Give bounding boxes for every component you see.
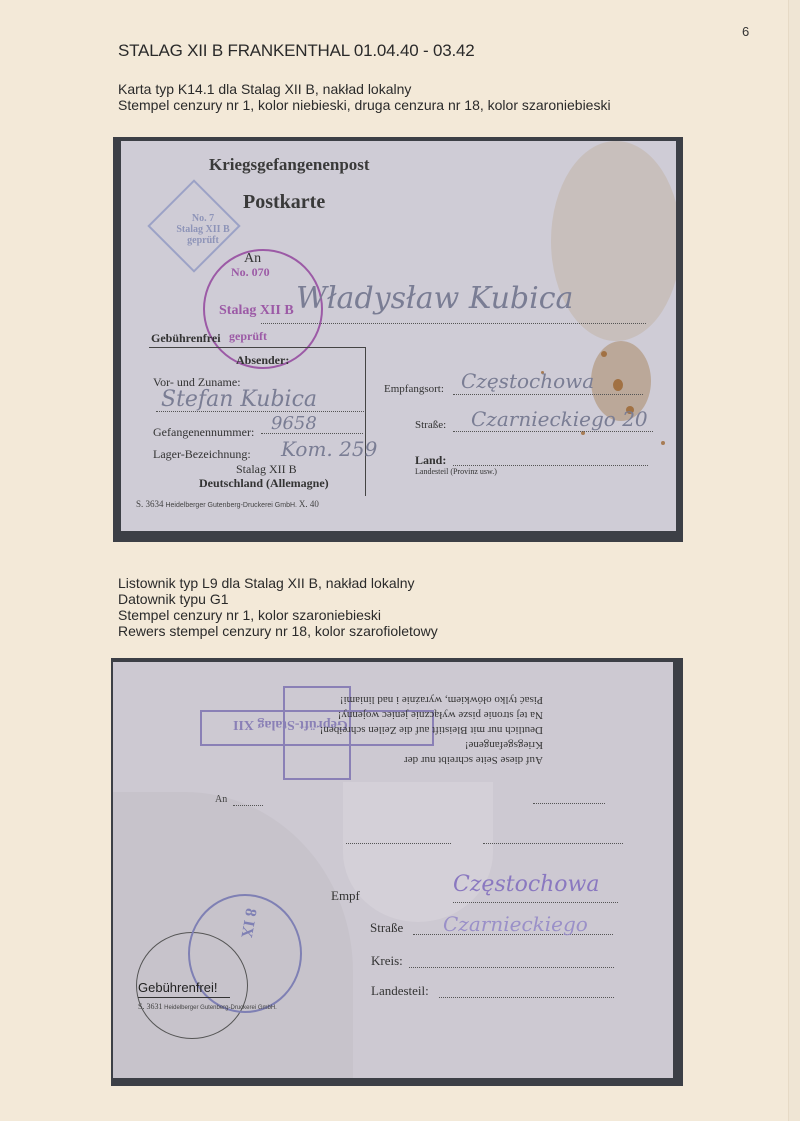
to-line — [233, 805, 263, 806]
recipient-line — [453, 902, 618, 903]
street-line — [453, 431, 653, 432]
censor-diamond-text: No. 7 Stalag XII B geprüft — [163, 213, 243, 246]
number-label: Gefangenennummer: — [153, 425, 254, 440]
item2-desc-line: Stempel cenzury nr 1, kolor szaroniebies… — [118, 607, 438, 623]
province-label: Landesteil: — [371, 983, 429, 999]
address-line — [346, 843, 451, 844]
recipient-label: Empf — [331, 888, 360, 904]
district-label: Kreis: — [371, 953, 403, 969]
foxing-spot — [601, 351, 607, 357]
item1-desc-line: Stempel cenzury nr 1, kolor niebieski, d… — [118, 97, 611, 113]
censor-round-camp: Stalag XII B — [219, 303, 294, 319]
recipient-name-handwritten: Władysław Kubica — [296, 281, 573, 316]
camp-label: Lager-Bezeichnung: — [153, 447, 251, 462]
imprint: S. 3631 Heidelberger Gutenberg-Druckerei… — [138, 1002, 277, 1011]
to-label: An — [215, 794, 227, 805]
country-line — [453, 465, 648, 466]
free-postage-rule — [138, 997, 230, 998]
item2-desc-line: Listownik typ L9 dla Stalag XII B, nakła… — [118, 575, 438, 591]
foxing-spot — [661, 441, 665, 445]
sender-name-handwritten: Stefan Kubica — [161, 387, 317, 412]
street-handwritten: Czarnieckiego — [443, 912, 588, 936]
sender-number-handwritten: 9658 — [271, 413, 317, 434]
card-type: Postkarte — [243, 191, 325, 214]
camp-line2: Deutschland (Allemagne) — [199, 476, 329, 491]
country-label: Land: — [415, 453, 446, 468]
place-label: Empfangsort: — [384, 383, 444, 395]
item2-desc-line: Datownik typu G1 — [118, 591, 438, 607]
censor-round-number: No. 070 — [231, 265, 270, 280]
place-handwritten: Częstochowa — [453, 872, 600, 897]
foxing-spot — [613, 379, 623, 391]
free-postage-label: Gebührenfrei — [151, 331, 221, 346]
postcard: Kriegsgefangenenpost Postkarte No. 7 Sta… — [121, 141, 676, 531]
sender-heading: Absender: — [236, 353, 289, 368]
lettersheet: Geprüft-Stalag XII Auf diese Seite schre… — [113, 662, 673, 1078]
item1-desc-line: Karta typ K14.1 dla Stalag XII B, nakład… — [118, 81, 611, 97]
district-line — [409, 967, 614, 968]
item2-desc-line: Rewers stempel cenzury nr 18, kolor szar… — [118, 623, 438, 639]
page-number: 6 — [742, 24, 749, 39]
page-title: STALAG XII B FRANKENTHAL 01.04.40 - 03.4… — [118, 41, 475, 61]
street-handwritten: Czarnieckiego 20 — [471, 407, 648, 431]
page-edge — [788, 0, 800, 1121]
free-postage-label: Gebührenfrei! — [138, 980, 218, 995]
camp-line1: Stalag XII B — [236, 462, 297, 477]
recipient-name-line — [261, 323, 646, 324]
province-label: Landesteil (Provinz usw.) — [415, 467, 497, 476]
instructions-inverted: Auf diese Seite schreibt nur der Kriegsg… — [273, 692, 543, 767]
imprint: S. 3634 Heidelberger Gutenberg-Druckerei… — [136, 499, 319, 509]
place-line — [453, 394, 643, 395]
item2-description: Listownik typ L9 dla Stalag XII B, nakła… — [118, 575, 438, 639]
place-handwritten: Częstochowa — [461, 369, 594, 393]
card-header: Kriegsgefangenenpost — [209, 155, 370, 175]
fold-flap-center — [343, 782, 493, 922]
street-label: Straße — [370, 920, 403, 936]
address-line-right — [533, 803, 605, 804]
street-label: Straße: — [415, 419, 446, 431]
censor-round-checked: geprüft — [229, 329, 267, 344]
camp-handwritten: Kom. 259 — [281, 437, 377, 461]
province-line — [439, 997, 614, 998]
item1-description: Karta typ K14.1 dla Stalag XII B, nakład… — [118, 81, 611, 113]
address-line-right2 — [483, 843, 623, 844]
